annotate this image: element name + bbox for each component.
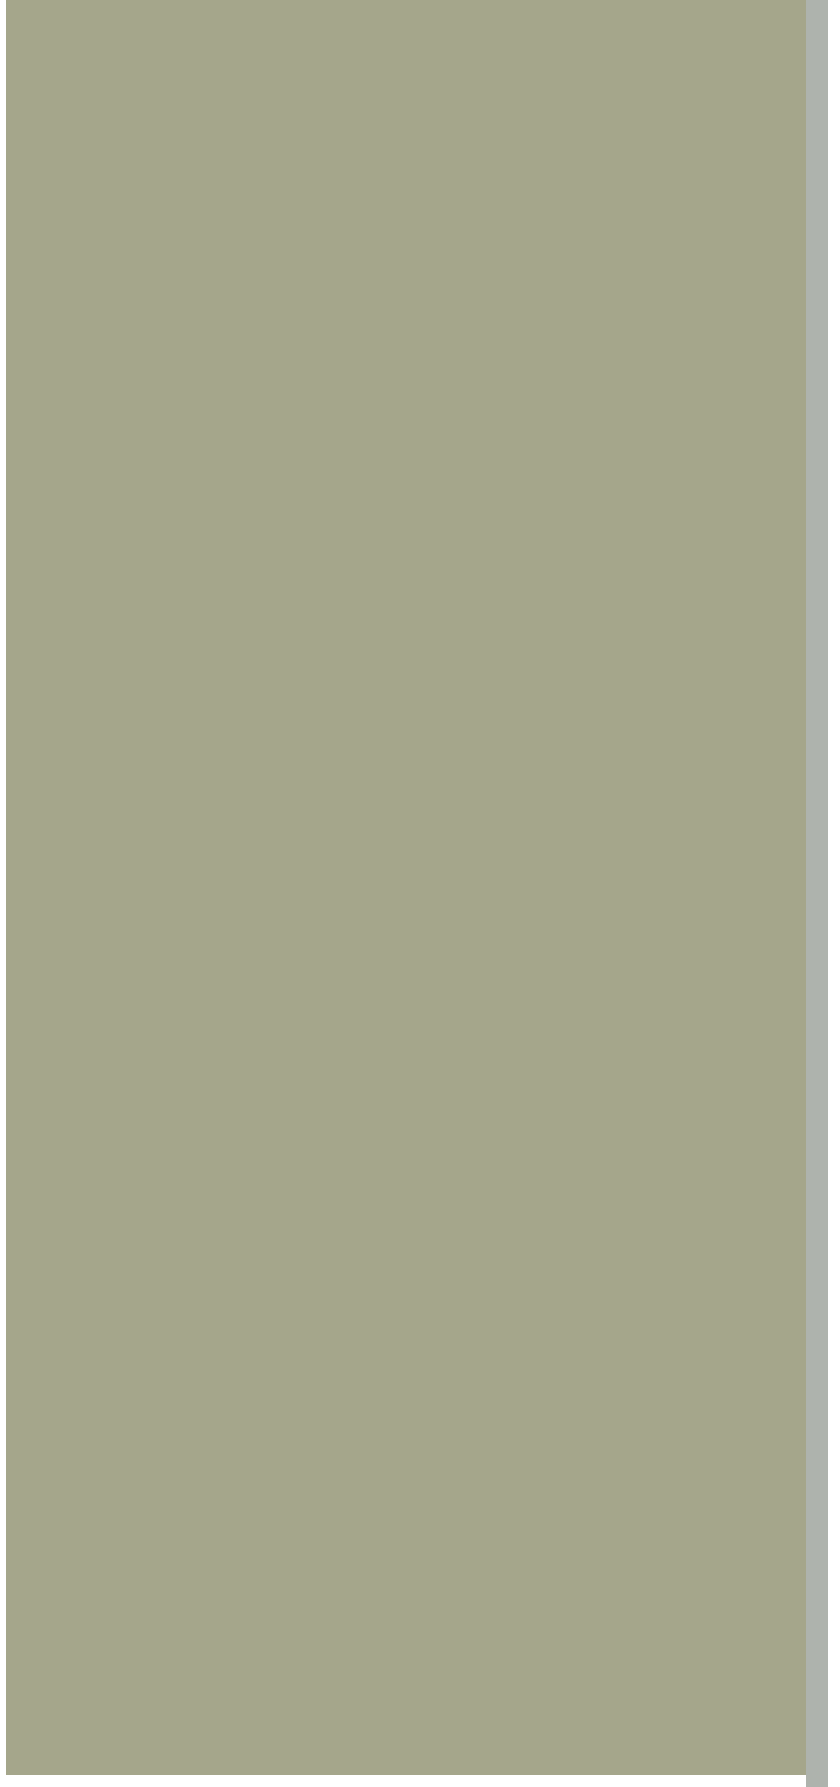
paper-edge bbox=[806, 0, 828, 1787]
tax-card-paper bbox=[6, 0, 806, 1775]
